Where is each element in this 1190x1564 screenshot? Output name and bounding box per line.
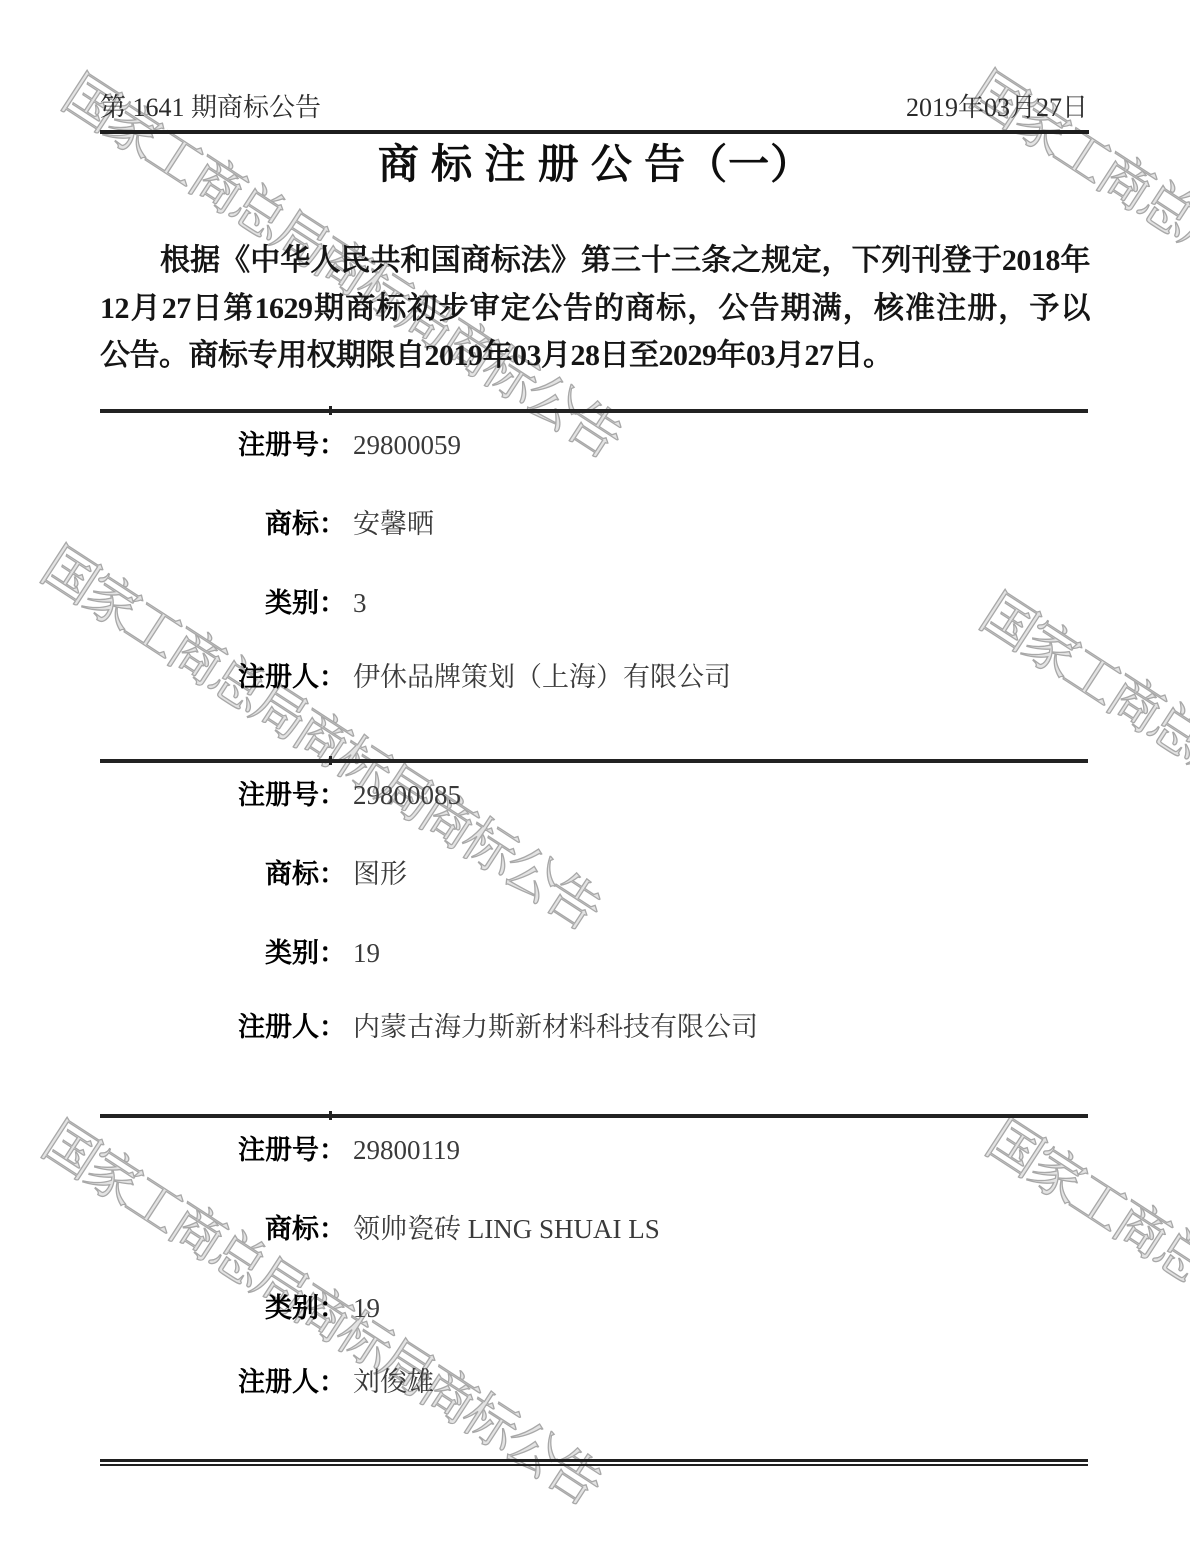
category-value: 19	[353, 1292, 1088, 1324]
category-label: 类别：	[100, 587, 346, 619]
entry-separator-rule	[100, 409, 1088, 413]
trademark-label: 商标：	[100, 858, 346, 890]
reg-no-row: 注册号： 29800059	[100, 429, 1090, 465]
entry-separator-rule	[100, 759, 1088, 763]
registrant-value: 刘俊雄	[353, 1366, 1088, 1398]
trademark-row: 商标： 图形	[100, 858, 1090, 894]
gazette-date: 2019年03月27日	[906, 92, 1088, 123]
reg-no-row: 注册号： 29800085	[100, 779, 1090, 815]
reg-no-label: 注册号：	[100, 1134, 346, 1166]
document-bottom-rule	[100, 1459, 1088, 1466]
registrant-value: 伊休品牌策划（上海）有限公司	[353, 661, 1088, 693]
trademark-value: 图形	[353, 858, 1088, 890]
registrant-label: 注册人：	[100, 1366, 346, 1398]
trademark-value: 领帅瓷砖 LING SHUAI LS	[353, 1213, 1088, 1245]
trademark-label: 商标：	[100, 508, 346, 540]
registrant-value: 内蒙古海力斯新材料科技有限公司	[353, 1011, 1088, 1043]
registrant-label: 注册人：	[100, 661, 346, 693]
page-title: 商 标 注 册 公 告（一）	[0, 140, 1190, 189]
registrant-label: 注册人：	[100, 1011, 346, 1043]
intro-line: 公告。商标专用权期限自2019年03月28日至2029年03月27日。	[100, 332, 1090, 380]
category-row: 类别： 3	[100, 587, 1090, 623]
intro-line: 12月27日第1629期商标初步审定公告的商标，公告期满，核准注册，予以	[100, 285, 1090, 333]
trademark-value: 安馨晒	[353, 508, 1088, 540]
reg-no-label: 注册号：	[100, 429, 346, 461]
reg-no-value: 29800119	[353, 1134, 1088, 1166]
trademark-row: 商标： 领帅瓷砖 LING SHUAI LS	[100, 1213, 1090, 1249]
reg-no-value: 29800085	[353, 779, 1088, 811]
trademark-entry: 注册号： 29800085 商标： 图形 类别： 19 注册人： 内蒙古海力斯新…	[100, 759, 1090, 1109]
category-value: 19	[353, 937, 1088, 969]
registrant-row: 注册人： 刘俊雄	[100, 1366, 1090, 1402]
category-label: 类别：	[100, 937, 346, 969]
reg-no-value: 29800059	[353, 429, 1088, 461]
category-label: 类别：	[100, 1292, 346, 1324]
reg-no-row: 注册号： 29800119	[100, 1134, 1090, 1170]
category-value: 3	[353, 587, 1088, 619]
header-rule	[100, 130, 1089, 134]
trademark-row: 商标： 安馨晒	[100, 508, 1090, 544]
category-row: 类别： 19	[100, 1292, 1090, 1328]
intro-line: 根据《中华人民共和国商标法》第三十三条之规定，下列刊登于2018年	[100, 237, 1090, 285]
reg-no-label: 注册号：	[100, 779, 346, 811]
registrant-row: 注册人： 伊休品牌策划（上海）有限公司	[100, 661, 1090, 697]
document-page: 国家工商总局商标局商标公告 国家工商总局商标局商标公告 国家工商总局商标局商标公…	[0, 0, 1190, 1564]
entry-separator-rule	[100, 1114, 1088, 1118]
gazette-issue-number: 第 1641 期商标公告	[100, 92, 321, 123]
intro-paragraph: 根据《中华人民共和国商标法》第三十三条之规定，下列刊登于2018年 12月27日…	[100, 237, 1090, 380]
registrant-row: 注册人： 内蒙古海力斯新材料科技有限公司	[100, 1011, 1090, 1047]
category-row: 类别： 19	[100, 937, 1090, 973]
trademark-entry: 注册号： 29800119 商标： 领帅瓷砖 LING SHUAI LS 类别：…	[100, 1114, 1090, 1464]
trademark-entry: 注册号： 29800059 商标： 安馨晒 类别： 3 注册人： 伊休品牌策划（…	[100, 409, 1090, 759]
trademark-label: 商标：	[100, 1213, 346, 1245]
